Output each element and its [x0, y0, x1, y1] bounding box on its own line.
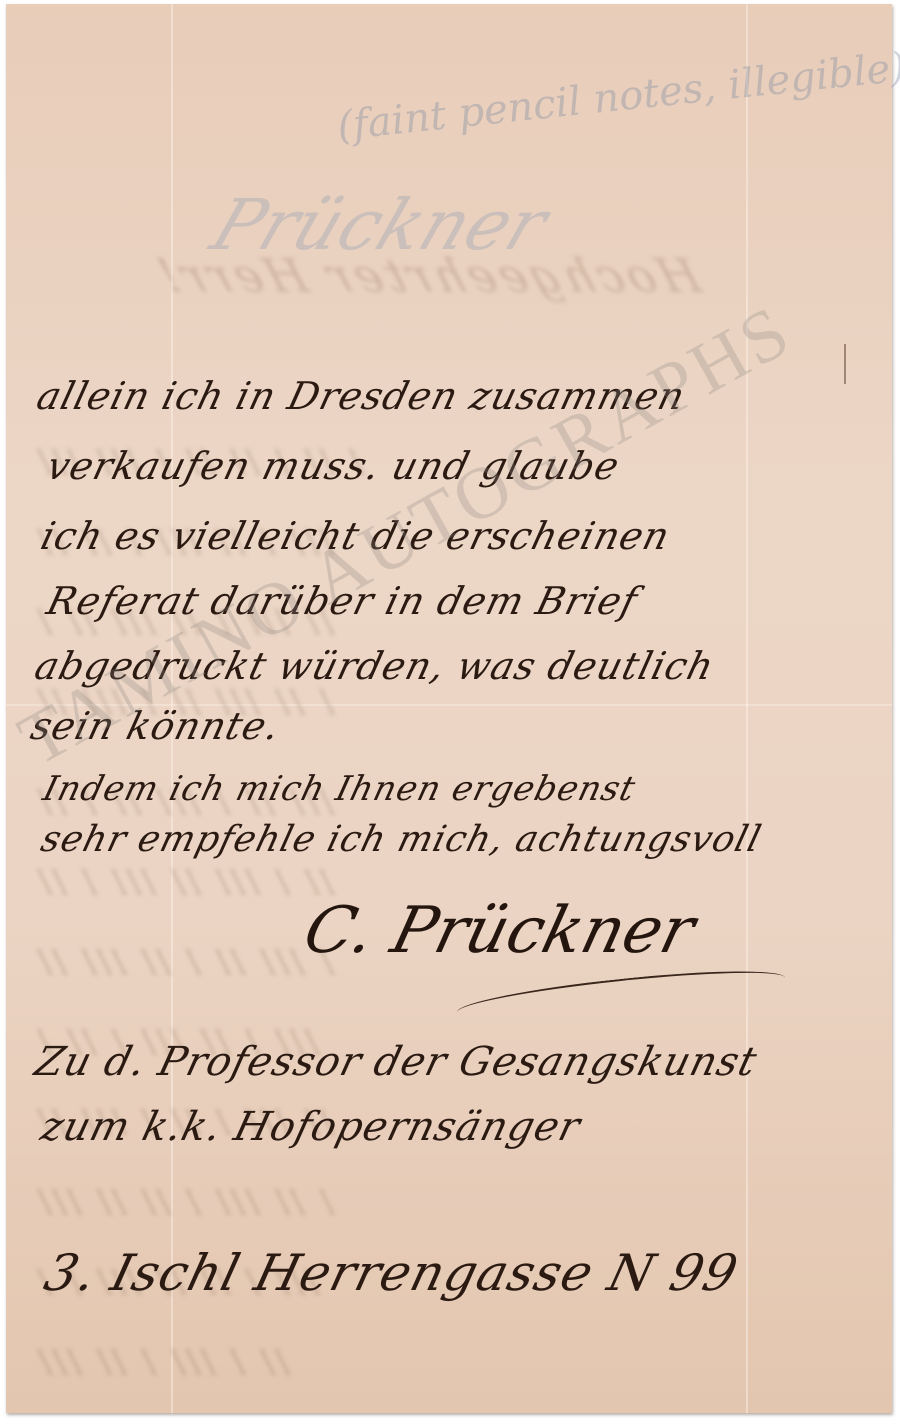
letter-line-8: sehr empfehle ich mich, achtungsvoll [37, 819, 766, 860]
signature: C. Prückner [297, 894, 702, 968]
address-line-1: Zu d. Professor der Gesangskunst [30, 1039, 762, 1085]
letter-line-7: Indem ich mich Ihnen ergebenst [39, 769, 640, 809]
margin-mark [844, 344, 846, 384]
letter-paper: (faint pencil notes, illegible) Prückner… [6, 4, 892, 1413]
address-line-2: zum k.k. Hofopernsänger [36, 1104, 585, 1150]
pencil-note: (faint pencil notes, illegible) [335, 44, 900, 149]
signature-flourish [455, 962, 787, 1028]
fold-crease-right [746, 4, 748, 1413]
letterhead-ghost: Prückner [201, 184, 558, 266]
location-line: 3. Ischl Herrengasse N 99 [39, 1244, 744, 1302]
bleed-through-greeting: Hochgeehrter Herr! [147, 249, 707, 303]
